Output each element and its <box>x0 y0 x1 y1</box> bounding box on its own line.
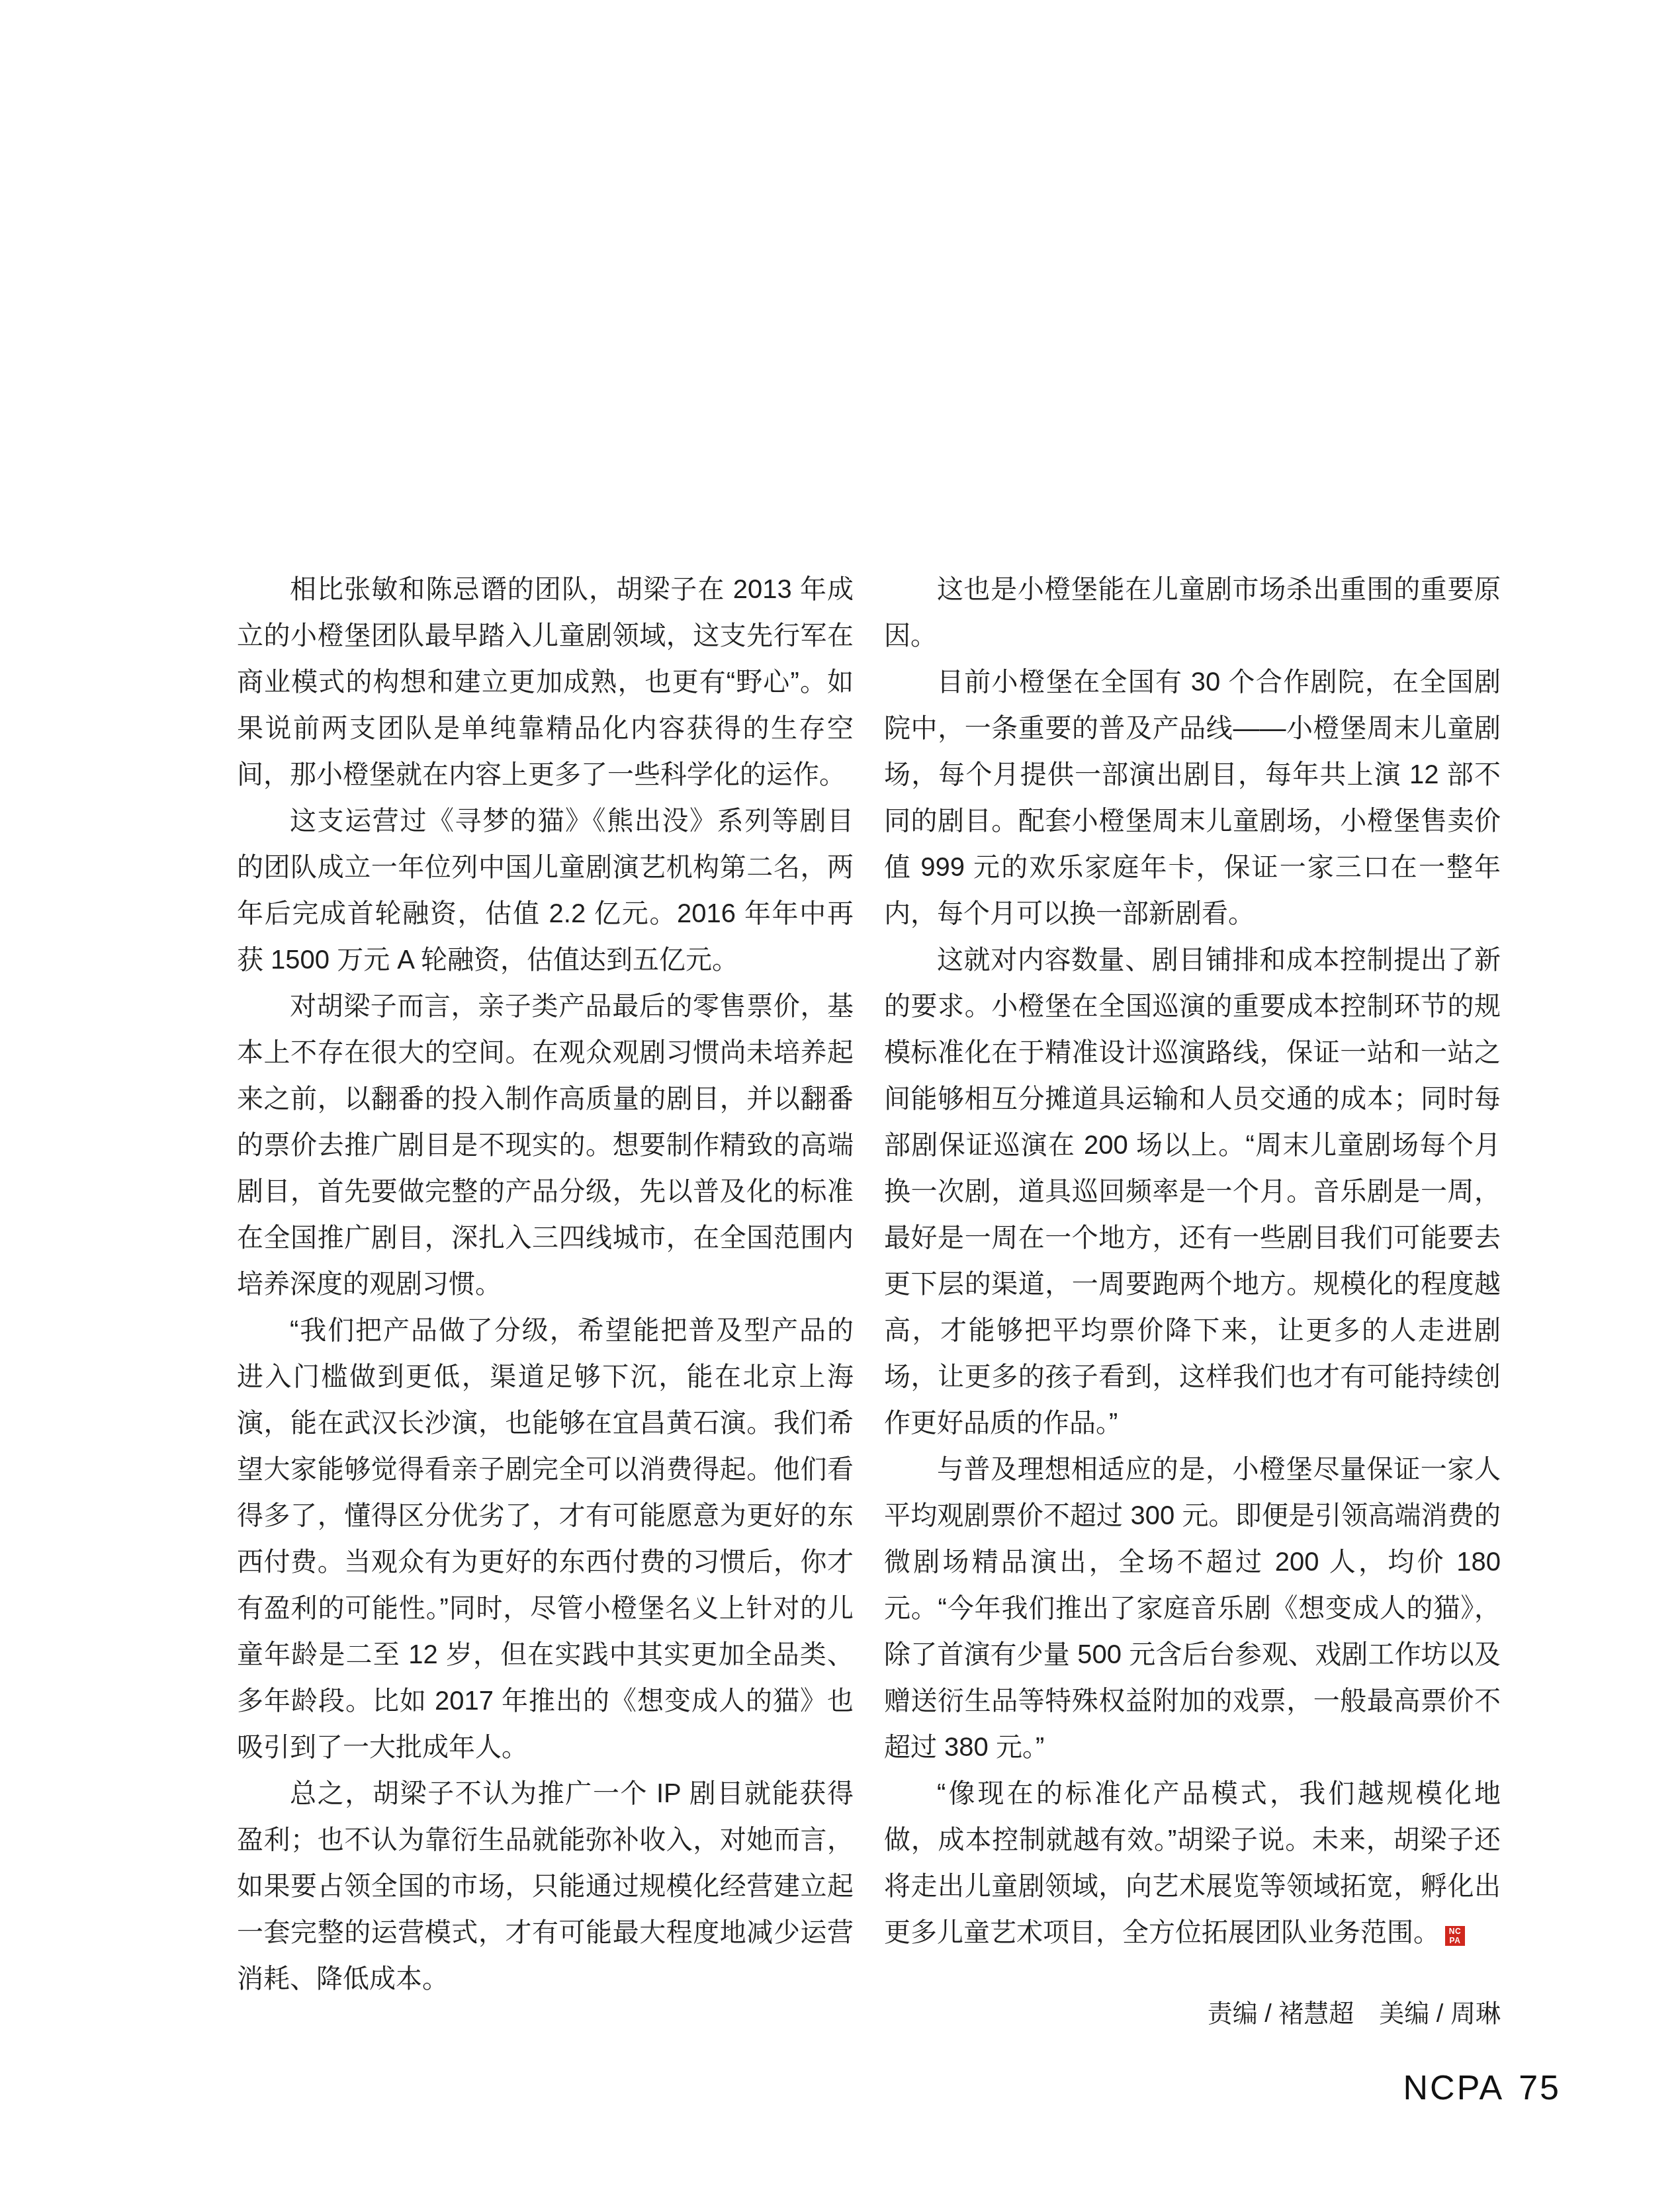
article-column-right: 这也是小橙堡能在儿童剧市场杀出重围的重要原因。 目前小橙堡在全国有 30 个合作… <box>884 566 1501 1956</box>
magazine-page: 相比张敏和陈忌谮的团队，胡梁子在 2013 年成立的小橙堡团队最早踏入儿童剧领域… <box>0 0 1680 2188</box>
paragraph: 这就对内容数量、剧目铺排和成本控制提出了新的要求。小橙堡在全国巡演的重要成本控制… <box>884 937 1501 1446</box>
paragraph: 这支运营过《寻梦的猫》《熊出没》系列等剧目的团队成立一年位列中国儿童剧演艺机构第… <box>237 798 854 983</box>
journal-name: NCPA <box>1403 2069 1505 2107</box>
paragraph-last: “像现在的标准化产品模式，我们越规模化地做，成本控制就越有效。”胡梁子说。未来，… <box>884 1771 1501 1956</box>
paragraph: 相比张敏和陈忌谮的团队，胡梁子在 2013 年成立的小橙堡团队最早踏入儿童剧领域… <box>237 566 854 798</box>
paragraph: 与普及理想相适应的是，小橙堡尽量保证一家人平均观剧票价不超过 300 元。即便是… <box>884 1446 1501 1771</box>
editor-credits: 责编 / 褚慧超 美编 / 周琳 <box>1208 1993 1501 2029</box>
paragraph: 这也是小橙堡能在儿童剧市场杀出重围的重要原因。 <box>884 566 1501 659</box>
ncpa-seal-icon: NCPA <box>1445 1926 1465 1946</box>
seal-text-top: NC <box>1445 1927 1465 1936</box>
paragraph: 目前小橙堡在全国有 30 个合作剧院，在全国剧院中，一条重要的普及产品线——小橙… <box>884 659 1501 937</box>
paragraph: 总之，胡梁子不认为推广一个 IP 剧目就能获得盈利；也不认为靠衍生品就能弥补收入… <box>237 1771 854 2002</box>
page-number: 75 <box>1519 2069 1561 2107</box>
paragraph: “我们把产品做了分级，希望能把普及型产品的进入门槛做到更低，渠道足够下沉，能在北… <box>237 1307 854 1771</box>
seal-text-bottom: PA <box>1445 1936 1465 1945</box>
paragraph-text: “像现在的标准化产品模式，我们越规模化地做，成本控制就越有效。”胡梁子说。未来，… <box>884 1779 1501 1947</box>
article-column-left: 相比张敏和陈忌谮的团队，胡梁子在 2013 年成立的小橙堡团队最早踏入儿童剧领域… <box>237 566 854 2002</box>
page-footer: NCPA75 <box>1403 2068 1561 2108</box>
paragraph: 对胡梁子而言，亲子类产品最后的零售票价，基本上不存在很大的空间。在观众观剧习惯尚… <box>237 983 854 1307</box>
